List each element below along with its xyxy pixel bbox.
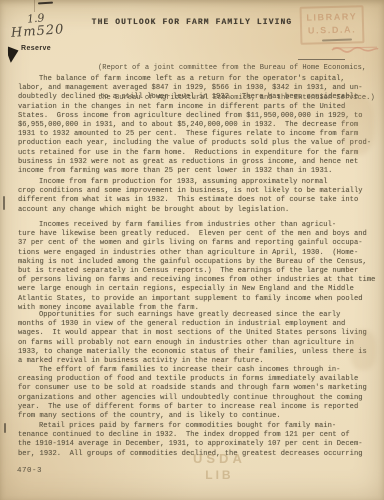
body-line: tions were engaged in industries other t… xyxy=(18,249,372,258)
body-line: different from what it was in 1932. This… xyxy=(18,196,372,205)
body-line: but is treated separately in Census repo… xyxy=(18,267,372,276)
body-line: Atlantic States, to provide an important… xyxy=(18,295,372,304)
body-line: 1933, to change materially the economic … xyxy=(18,348,372,357)
scanned-document-page: 1.9 Hm520 Reserve LIBRARY U.S.D.A. THE O… xyxy=(0,0,384,500)
paragraph: The balance of farm income left as a ret… xyxy=(18,75,372,176)
body-line: from many sections of the country, and i… xyxy=(18,412,372,421)
body-line: a marked revival in business activity in… xyxy=(18,357,372,366)
body-line: $6,955,000,000 in 1931, and to about $5,… xyxy=(18,121,372,130)
body-line: Retail prices paid by farmers for commod… xyxy=(18,422,372,431)
ghost-usda-lib-stamp: USDA LIB xyxy=(193,451,246,482)
body-line: were large enough in certain regions, es… xyxy=(18,285,372,294)
paper-blotch xyxy=(340,95,374,155)
body-line: account any change which might be brough… xyxy=(18,206,372,215)
pencil-top-mark xyxy=(38,2,53,5)
pen-flag-mark xyxy=(6,46,19,63)
body-line: income from farming was more than 25 per… xyxy=(18,167,372,176)
ghost-stamp-line1: USDA xyxy=(193,451,246,466)
body-line: ucts retained for use in the farm home. … xyxy=(18,149,372,158)
body-line: year. The use of different forms of bart… xyxy=(18,403,372,412)
body-line: making is not included among the gainful… xyxy=(18,258,372,267)
body-line: organizations and other agencies will un… xyxy=(18,394,372,403)
body-line: production each year, including the valu… xyxy=(18,139,372,148)
page-title: THE OUTLOOK FOR FARM FAMILY LIVING xyxy=(0,18,384,27)
red-pencil-scribble xyxy=(331,44,379,54)
footer-series-code: 470-3 xyxy=(17,467,42,475)
paragraph: Incomes received by farm families from i… xyxy=(18,221,372,313)
body-line: business in 1932 were not as great as re… xyxy=(18,158,372,167)
body-line: doubtedly declined to a still lower leve… xyxy=(18,93,372,102)
body-line: Opportunities for such earnings have gre… xyxy=(18,311,372,320)
body-line: Incomes received by farm families from i… xyxy=(18,221,372,230)
typed-underline xyxy=(298,59,345,61)
body-line: the 1910-1914 average in December, 1931,… xyxy=(18,440,372,449)
paragraph: Opportunities for such earnings have gre… xyxy=(18,311,372,366)
body-line: wages. It would appear that in most sect… xyxy=(18,329,372,338)
body-line: Income from farm production for 1933, as… xyxy=(18,178,372,187)
paragraph: Income from farm production for 1933, as… xyxy=(18,178,372,215)
paragraph: The effort of farm families to increase … xyxy=(18,366,372,421)
body-line: States. Gross income from agriculture de… xyxy=(18,112,372,121)
body-line: for consumer use to be sold at roadside … xyxy=(18,384,372,393)
ghost-stamp-line2: LIB xyxy=(193,468,246,482)
margin-pencil-mark xyxy=(3,196,5,210)
body-line: The effort of farm families to increase … xyxy=(18,366,372,375)
margin-pencil-mark xyxy=(4,423,6,433)
paper-blotch xyxy=(350,330,376,370)
reserve-stamp-label: Reserve xyxy=(21,45,51,52)
body-line: 37 per cent of the women and girls livin… xyxy=(18,239,372,248)
paper-crease xyxy=(34,0,35,12)
body-line: variation in the changes in net farm inc… xyxy=(18,103,372,112)
body-line: on farms will probably not earn enough i… xyxy=(18,339,372,348)
body-line: The balance of farm income left as a ret… xyxy=(18,75,372,84)
subtitle-line1: (Report of a joint committee from the Bu… xyxy=(98,63,375,73)
